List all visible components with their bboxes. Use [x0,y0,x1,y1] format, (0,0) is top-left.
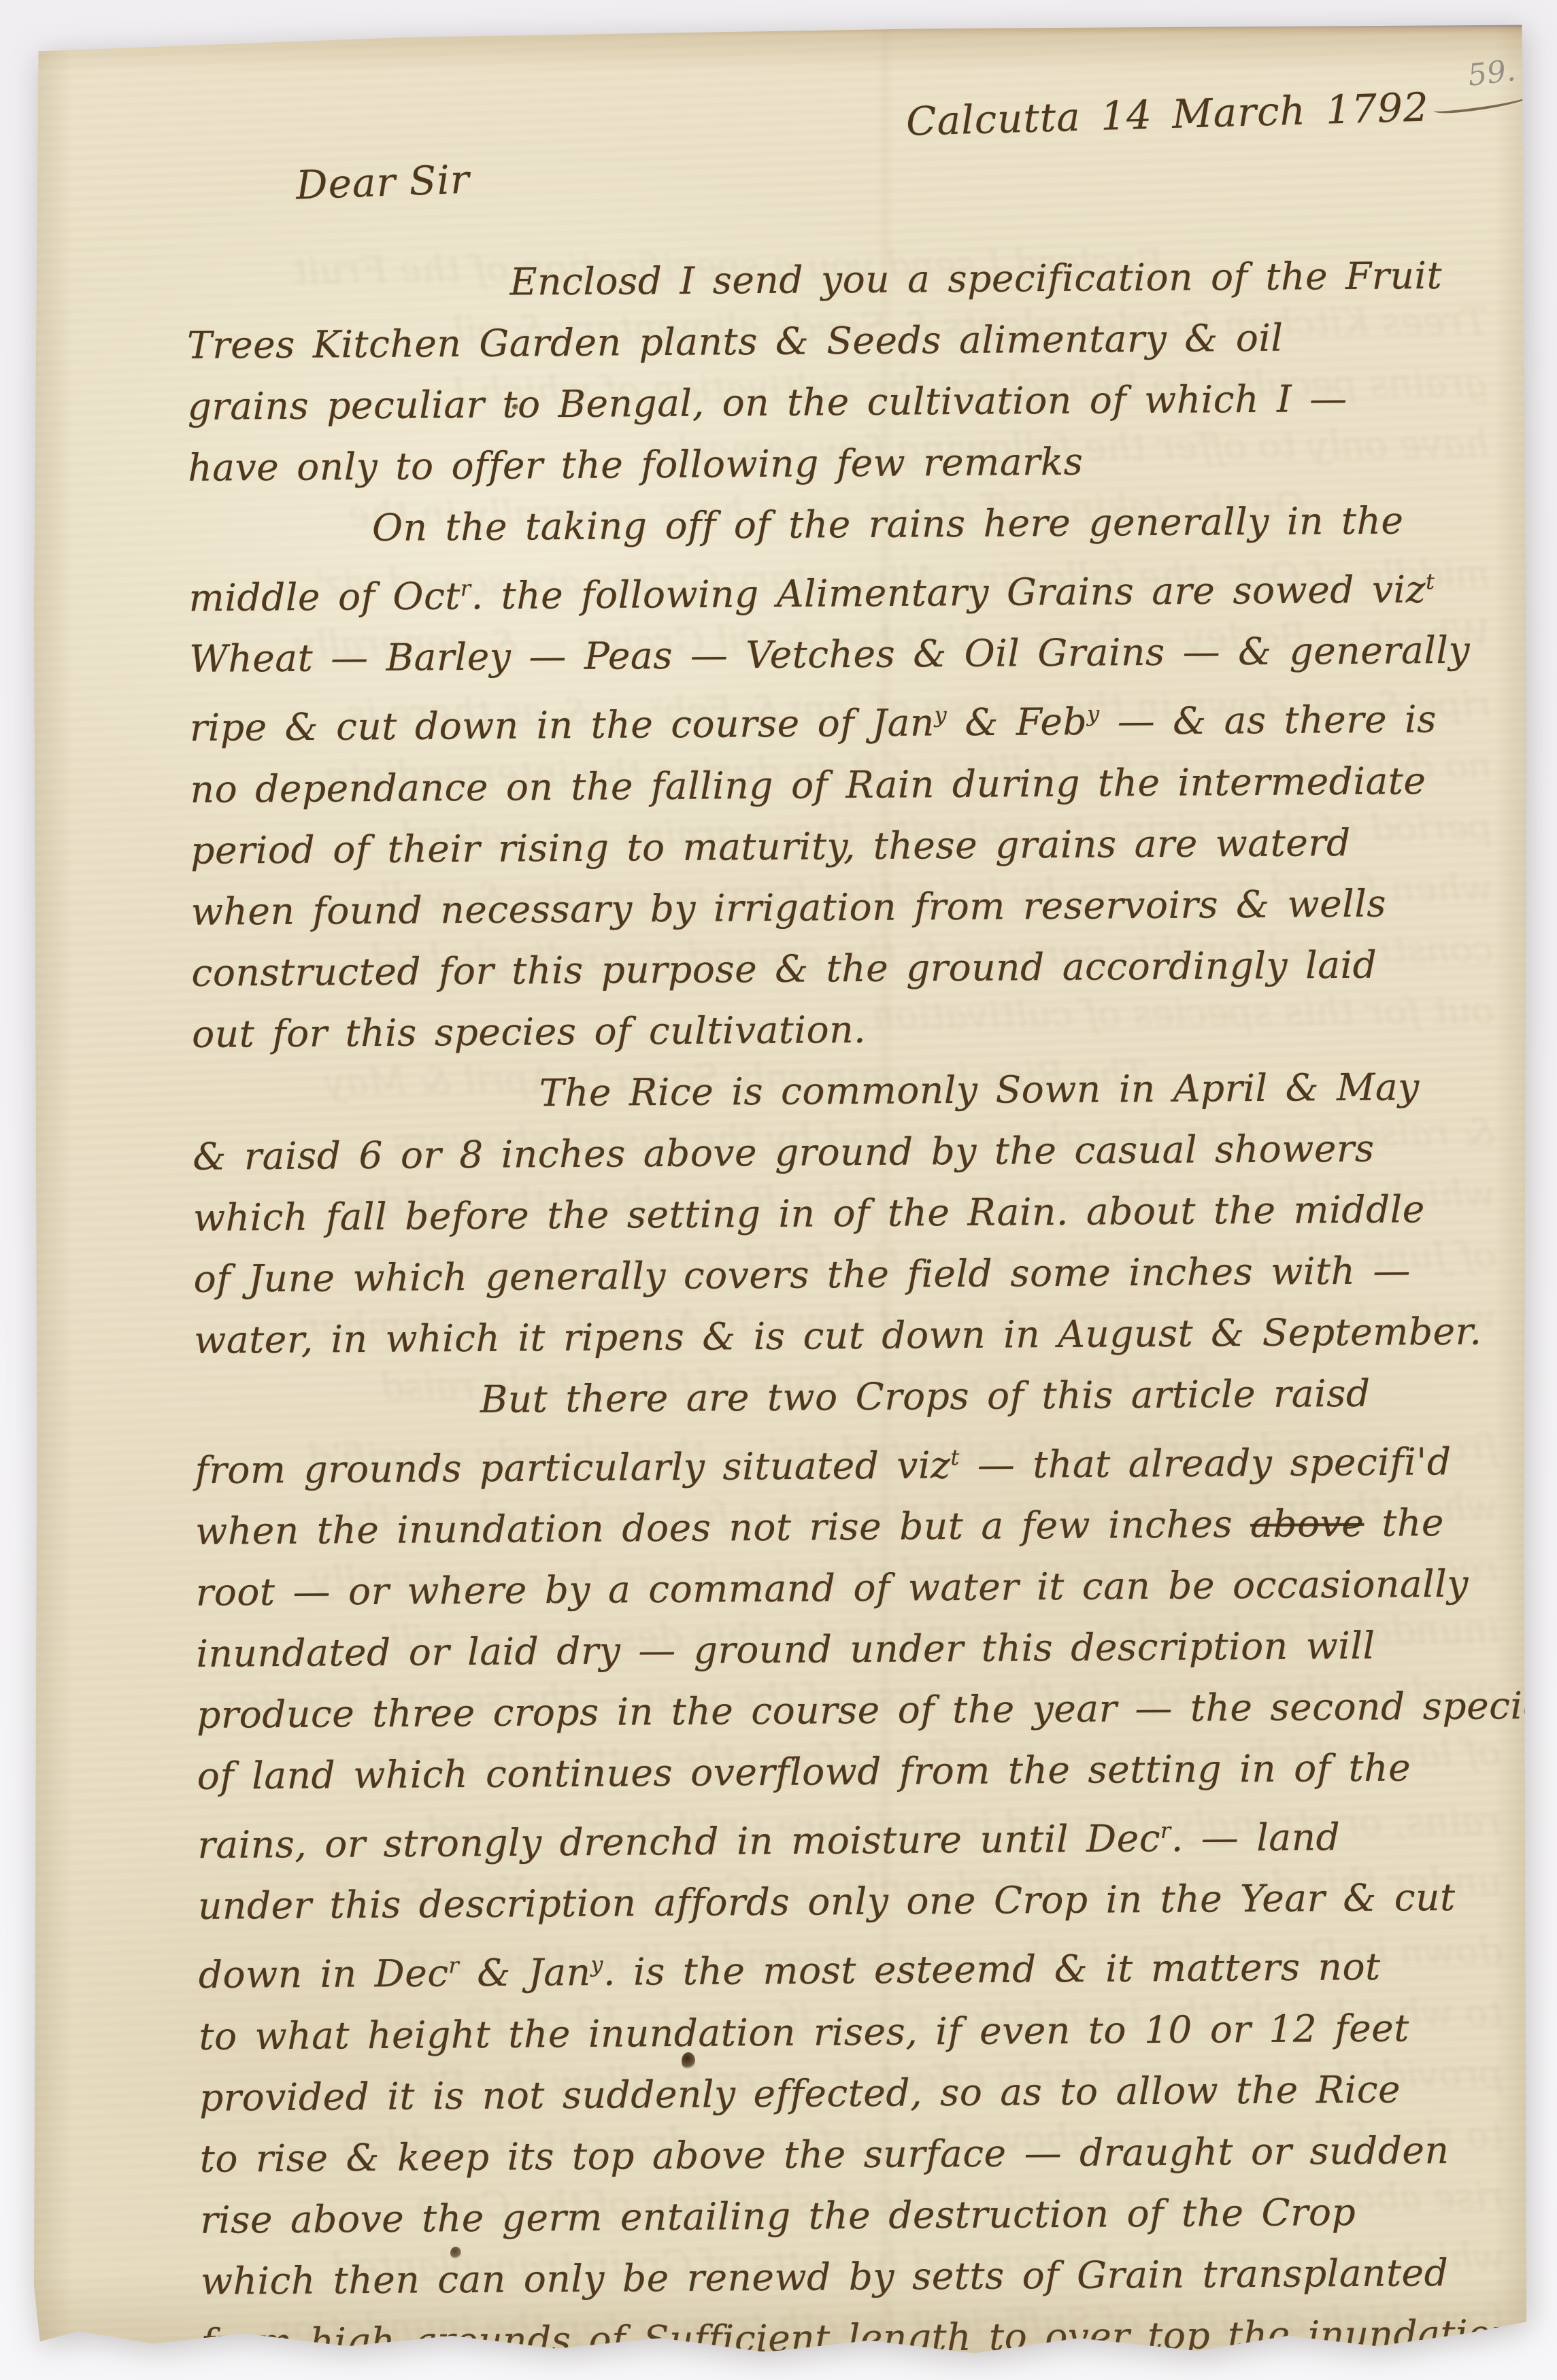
letter-line: root — or where by a command of water it… [196,1552,1526,1623]
letter-line: But there are two Crops of this article … [480,1361,1526,1430]
letter-line: provided it is not suddenly effected, so… [199,2058,1526,2128]
letter-line: middle of Octr. the following Alimentary… [188,550,1522,628]
letter-line: under this description affords only one … [198,1866,1526,1937]
letter-line: which then can only be renewd by setts o… [201,2241,1526,2312]
manuscript-paper: Enclosd I send you a specification of th… [34,24,1526,2356]
letter-line: which fall before the setting in of the … [193,1178,1526,1248]
letter-line: no dependance on the falling of Rain dur… [190,749,1524,820]
letter-line: ripe & cut down in the course of Jany & … [190,681,1524,759]
place-date-text: Calcutta 14 March 1792 [905,84,1429,144]
letter-line: rains, or strongly drenchd in moisture u… [197,1797,1526,1875]
letter-line: to rise & keep its top above the surface… [199,2119,1526,2190]
place-date-line: Calcutta 14 March 1792 [905,81,1526,145]
letter-line: to what height the inundation rises, if … [199,1996,1526,2067]
letter-line: water, in which it ripens & is cut down … [194,1300,1526,1371]
letter-line: out for this species of cultivation. [192,994,1526,1065]
letter-line: inundated or laid dry — ground under thi… [196,1614,1526,1684]
letter-line: period of their rising to maturity, thes… [190,811,1524,881]
pen-flourish [1433,89,1526,116]
letter-line: when found necessary by irrigation from … [191,872,1525,942]
letter-line: rise above the germ entailing the destru… [200,2180,1526,2251]
letter-line: produce three crops in the course of the… [197,1675,1526,1746]
letter-line: constructed for this purpose & the groun… [191,933,1525,1004]
letter-line: grains peculiar to Bengal, on the cultiv… [187,367,1521,437]
paper-shadow-wrap: Enclosd I send you a specification of th… [0,0,1557,2380]
letter-lines: Enclosd I send you a specification of th… [186,244,1526,2356]
letter-line: Enclosd I send you a specification of th… [509,244,1520,312]
pencil-folio-number: 59. [1466,53,1518,93]
salutation: Dear Sir [295,156,471,209]
letter-line: of land which continues overflowd from t… [197,1736,1526,1807]
letter-line: of June which generally covers the field… [193,1239,1526,1310]
letter-line: have only to offer the following few rem… [188,428,1522,498]
letter-line: The Rice is commonly Sown in April & May [539,1055,1526,1123]
letter-line: Trees Kitchen Garden plants & Seeds alim… [187,305,1521,376]
letter-line: from grounds particularly situated vizt … [195,1423,1526,1501]
letter-line: when the inundation does not rise but a … [195,1491,1526,1562]
letter-line: down in Decr & Jany. is the most esteemd… [198,1927,1526,2005]
scan-background: Enclosd I send you a specification of th… [0,0,1557,2380]
letter-line: On the taking off of the rains here gene… [372,489,1522,558]
letter-line: & raisd 6 or 8 inches above ground by th… [192,1117,1526,1187]
letter-line: Wheat — Barley — Peas — Vetches & Oil Gr… [189,619,1523,690]
letter-line: from high grounds of Sufficient length t… [201,2302,1526,2356]
